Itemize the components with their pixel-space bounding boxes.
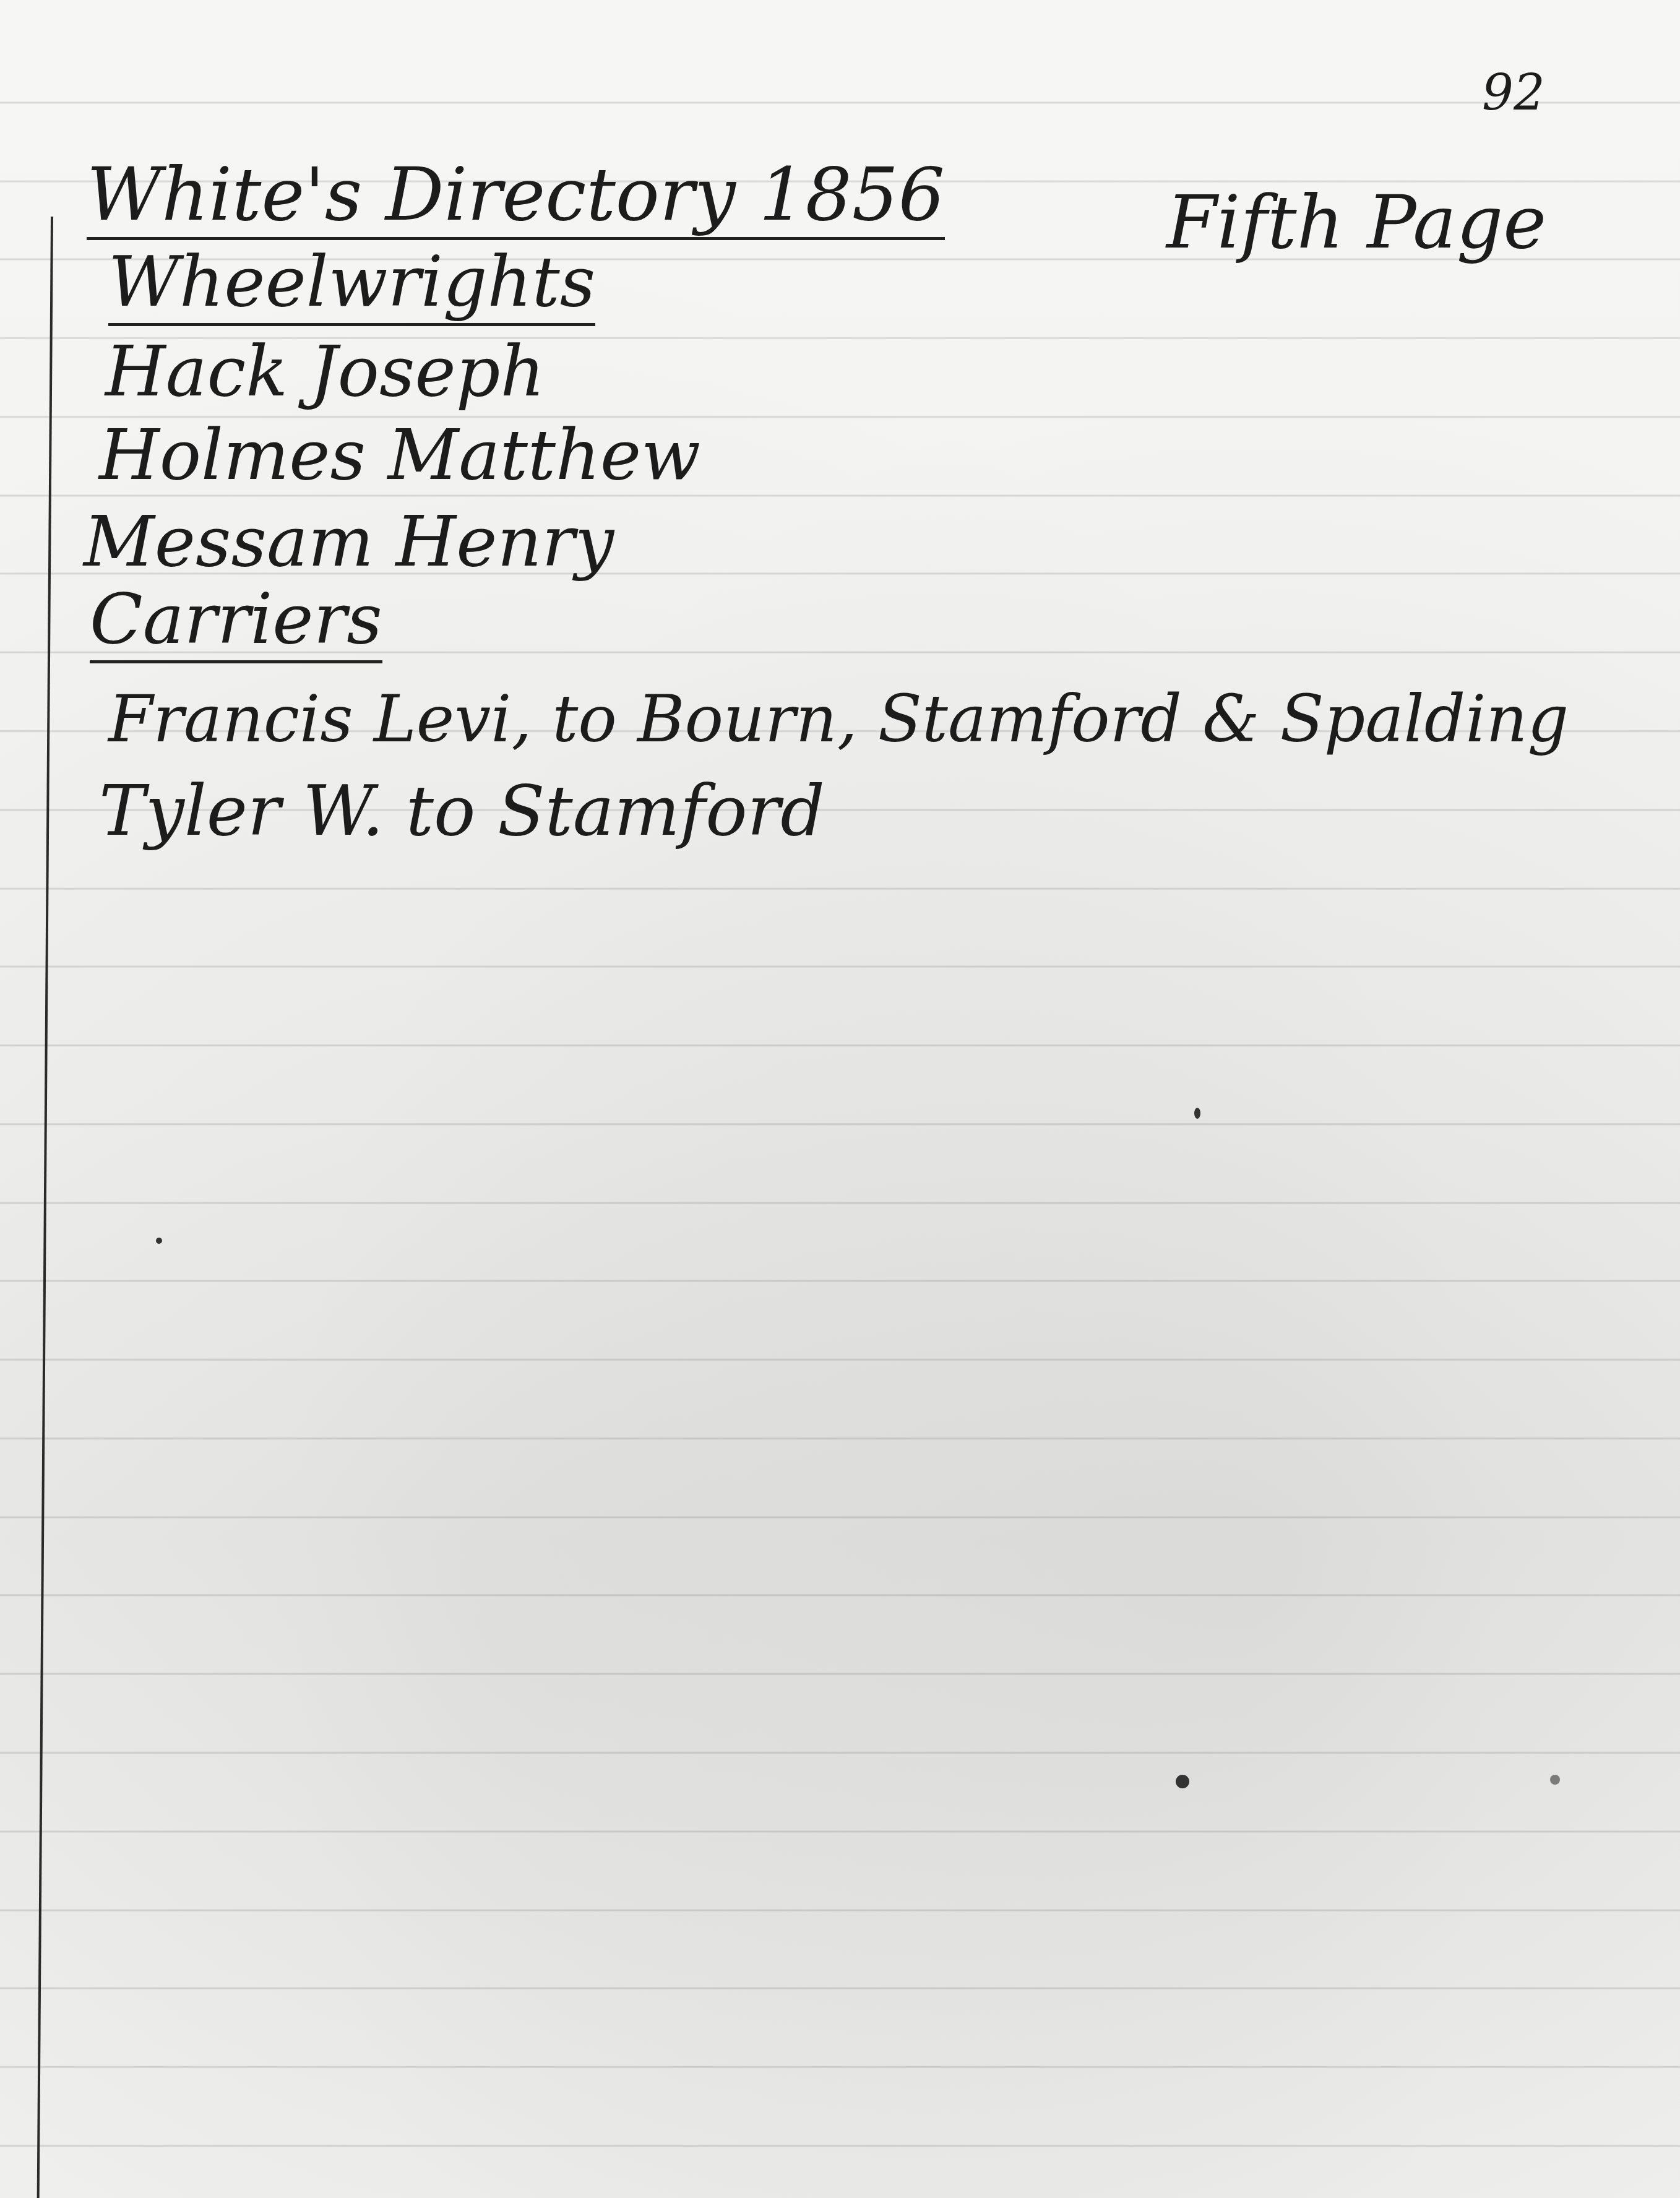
toner-speck — [156, 1238, 162, 1244]
list-item: Holmes Matthew — [99, 421, 700, 490]
page-label: Fifth Page — [1166, 186, 1546, 259]
document-title: White's Directory 1856 — [87, 158, 945, 240]
photocopied-page: 92 White's Directory 1856 Fifth Page Whe… — [0, 0, 1680, 2198]
list-item: Francis Levi, to Bourn, Stamford & Spald… — [108, 687, 1569, 751]
toner-speck — [1176, 1775, 1189, 1788]
page-number: 92 — [1482, 68, 1545, 118]
list-item: Hack Joseph — [105, 337, 545, 407]
toner-speck — [1194, 1108, 1200, 1119]
toner-speck — [1550, 1775, 1560, 1785]
section-heading-carriers: Carriers — [90, 585, 382, 663]
list-item: Messam Henry — [84, 507, 614, 577]
list-item: Tyler W. to Stamford — [99, 777, 825, 846]
ruled-lines — [0, 0, 1680, 2198]
section-heading-wheelwrights: Wheelwrights — [108, 248, 595, 326]
